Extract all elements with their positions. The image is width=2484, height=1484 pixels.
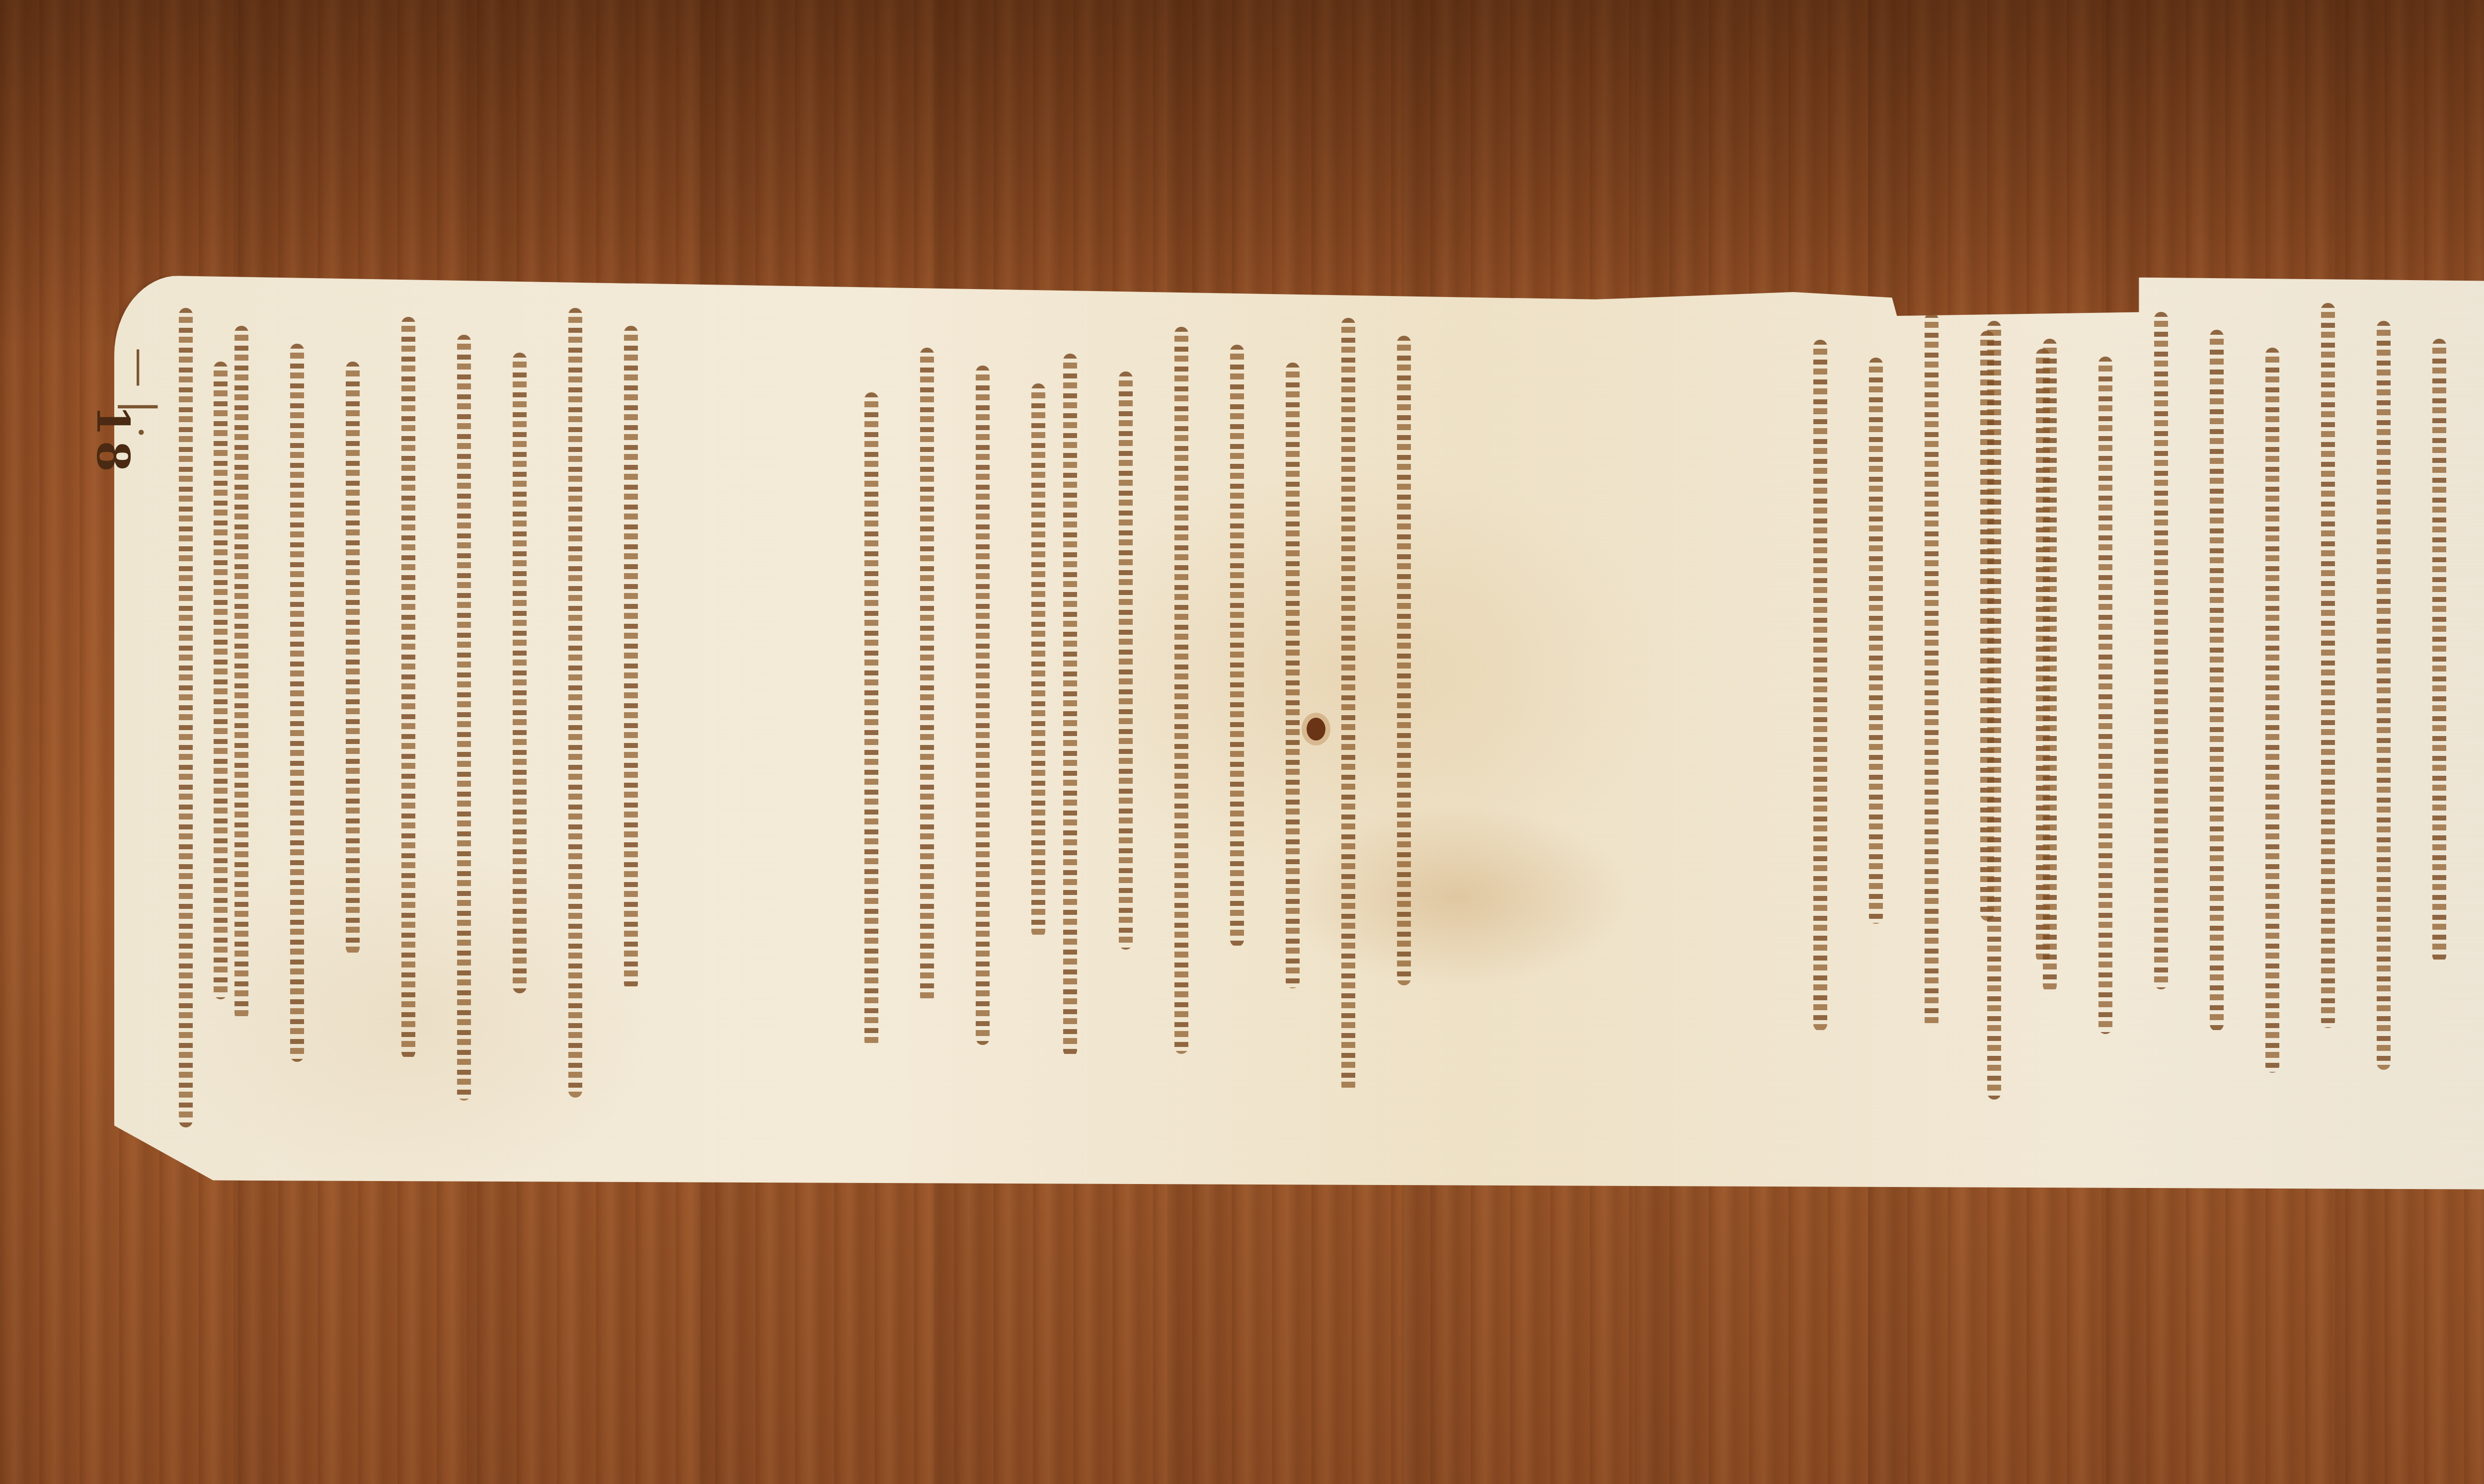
script-line: [1063, 354, 1077, 1057]
script-line: [624, 326, 638, 990]
script-line: [2043, 339, 2057, 992]
script-line: [1230, 345, 1244, 947]
script-line: [1987, 321, 2001, 1100]
script-line: [2154, 312, 2168, 989]
script-line: [976, 366, 990, 1045]
manuscript-leaf: [114, 276, 2484, 1189]
script-line: [401, 317, 415, 1059]
script-line: [1174, 327, 1188, 1054]
script-line: [234, 326, 248, 1020]
script-line: [1397, 336, 1411, 985]
script-line: [2265, 348, 2279, 1073]
script-line: [513, 353, 527, 993]
script-line: [1813, 340, 1827, 1031]
script-line: [1341, 318, 1355, 1093]
script-line: [346, 362, 360, 955]
script-line: [920, 348, 934, 1003]
script-line: [2210, 330, 2224, 1031]
script-line: [864, 392, 878, 1048]
script-line: [290, 344, 304, 1062]
script-line: [179, 308, 193, 1127]
script-line: [1925, 313, 1939, 1028]
script-line: [568, 308, 582, 1098]
script-line: [1869, 358, 1883, 924]
paper-hole: [1307, 718, 1325, 741]
script-line: [2098, 357, 2112, 1034]
script-line: [214, 362, 228, 999]
script-line: [1119, 371, 1133, 950]
script-line: [2377, 321, 2391, 1070]
script-line: [2432, 339, 2446, 963]
script-line: [2321, 303, 2335, 1028]
script-line: [1031, 383, 1045, 938]
folio-number: 18: [86, 405, 139, 477]
script-line: [1286, 363, 1300, 988]
script-line: [457, 335, 471, 1101]
